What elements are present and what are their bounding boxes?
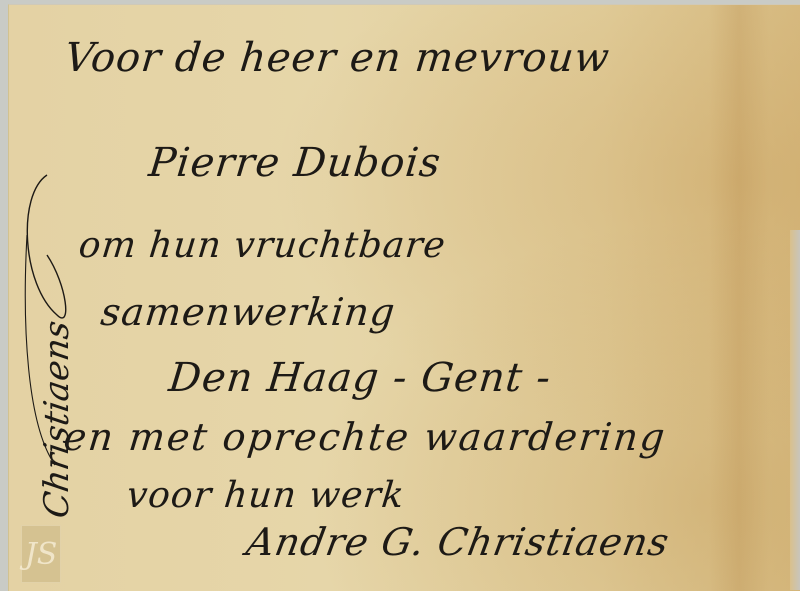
watermark-logo: JS bbox=[21, 525, 61, 583]
signature: Andre G. Christiaens bbox=[243, 520, 673, 564]
paper-stain bbox=[709, 5, 769, 590]
handwritten-card: Voor de heer en mevrouw Pierre Dubois om… bbox=[8, 4, 800, 590]
appreciation-line-2: voor hun werk bbox=[125, 475, 407, 516]
dedication-line-2: samenwerking bbox=[99, 290, 398, 334]
vertical-signature: Christiaens bbox=[17, 165, 77, 525]
appreciation-line: en met oprechte waardering bbox=[62, 415, 669, 459]
places-line: Den Haag - Gent - bbox=[167, 355, 554, 401]
monogram-logo-icon: JS bbox=[25, 537, 58, 572]
salutation-line: Voor de heer en mevrouw bbox=[63, 35, 613, 81]
page-edge bbox=[790, 230, 800, 590]
dedication-line-1: om hun vruchtbare bbox=[77, 225, 448, 266]
recipient-name: Pierre Dubois bbox=[147, 140, 444, 186]
